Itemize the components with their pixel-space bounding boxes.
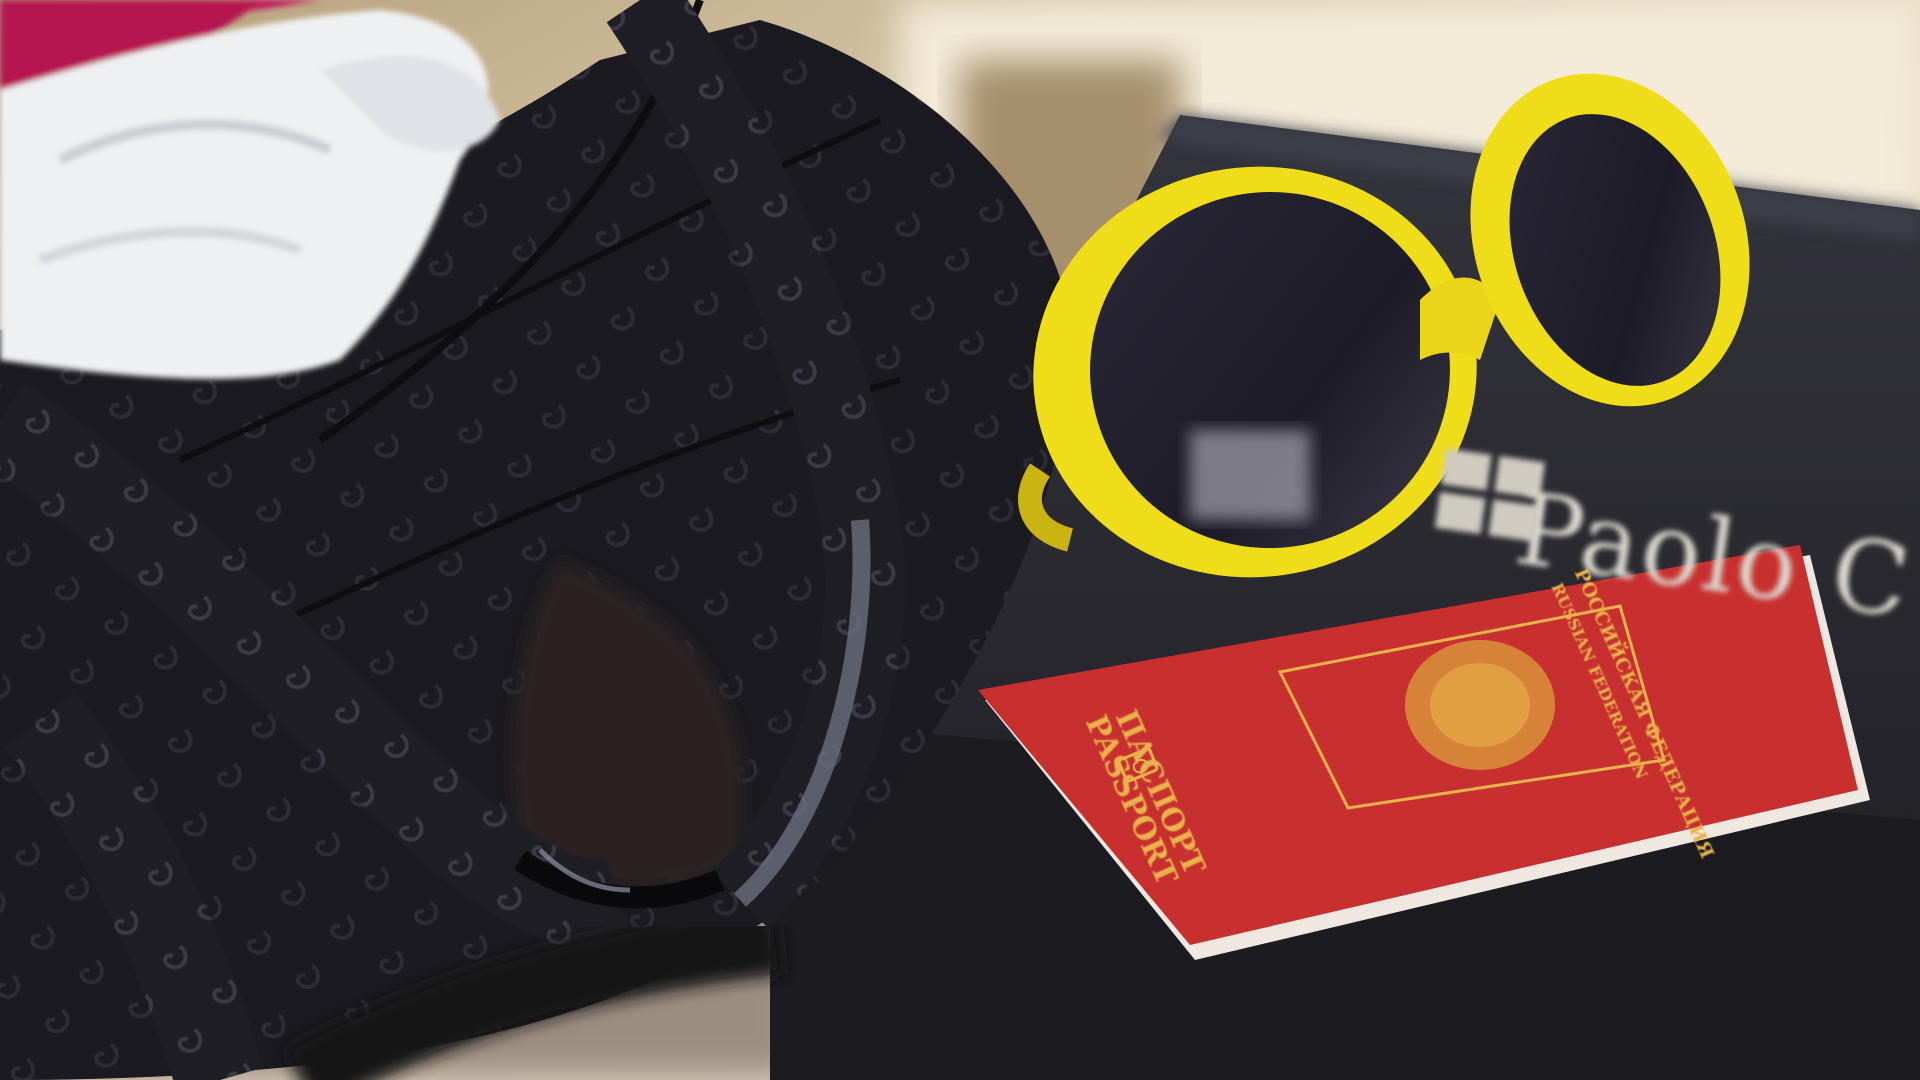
photo-scene: Paolo C ПАСПОРТ PASSPORT РОССИЙСКАЯ ФЕДЕ… [0,0,1920,1080]
